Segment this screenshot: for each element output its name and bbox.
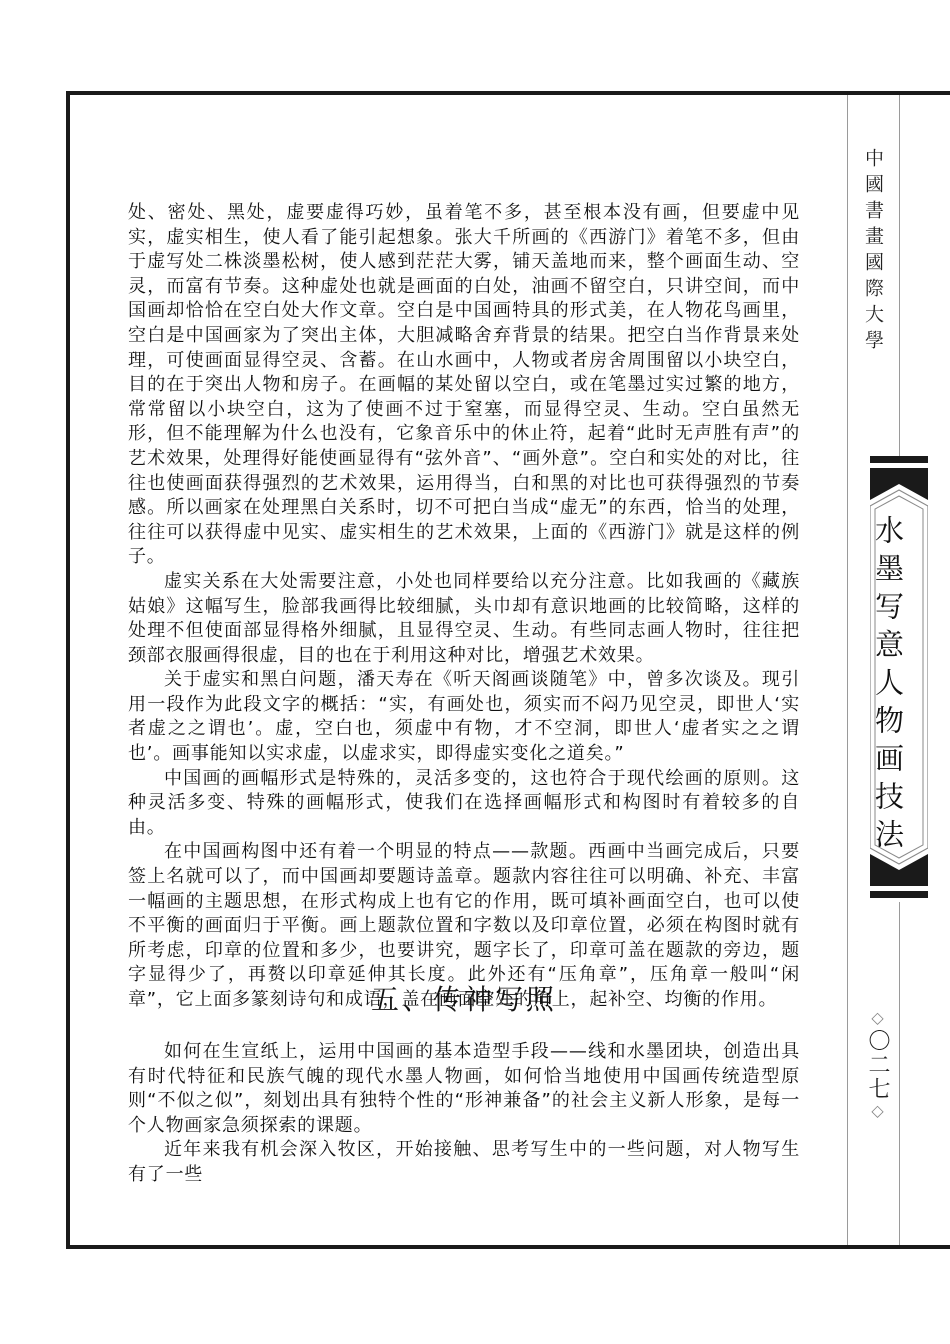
sidebar-guide-line-outer (847, 95, 848, 1245)
book-title: 水墨写意人物画技法 (868, 515, 909, 857)
school-name: 中國書畫國際大學 (860, 148, 887, 356)
page-number: ◇〇二七◇ (862, 1008, 893, 1122)
paragraph: 虚实关系在大处需要注意，小处也同样要给以充分注意。比如我画的《藏族姑娘》这幅写生… (128, 570, 800, 668)
diamond-icon: ◇ (868, 1101, 887, 1122)
sidebar-guide-line-inner-bottom (899, 902, 900, 1245)
paragraph: 中国画的画幅形式是特殊的，灵活多变的，这也符合于现代绘画的原则。这种灵活多变、特… (128, 767, 800, 841)
body-text: 处、密处、黑处，虚要虚得巧妙，虽着笔不多，甚至根本没有画，但要虚中见实，虚实相生… (128, 201, 800, 1013)
paragraph: 近年来我有机会深入牧区，开始接触、思考写生中的一些问题，对人物写生有了一些 (128, 1138, 800, 1187)
paragraph-continued: 处、密处、黑处，虚要虚得巧妙，虽着笔不多，甚至根本没有画，但要虚中见实，虚实相生… (128, 201, 800, 570)
section-heading: 五、传神写照 (128, 978, 800, 1018)
paragraph: 如何在生宣纸上，运用中国画的基本造型手段——线和水墨团块，创造出具有时代特征和民… (128, 1040, 800, 1138)
sidebar-guide-line-inner-top (899, 95, 900, 460)
diamond-icon: ◇ (868, 1008, 887, 1029)
paragraph-quote: 关于虚实和黑白问题，潘天寿在《听天阁画谈随笔》中，曾多次谈及。现引用一段作为此段… (128, 668, 800, 766)
page-number-text: 〇二七 (865, 1029, 890, 1101)
section-body-text: 如何在生宣纸上，运用中国画的基本造型手段——线和水墨团块，创造出具有时代特征和民… (128, 1040, 800, 1188)
